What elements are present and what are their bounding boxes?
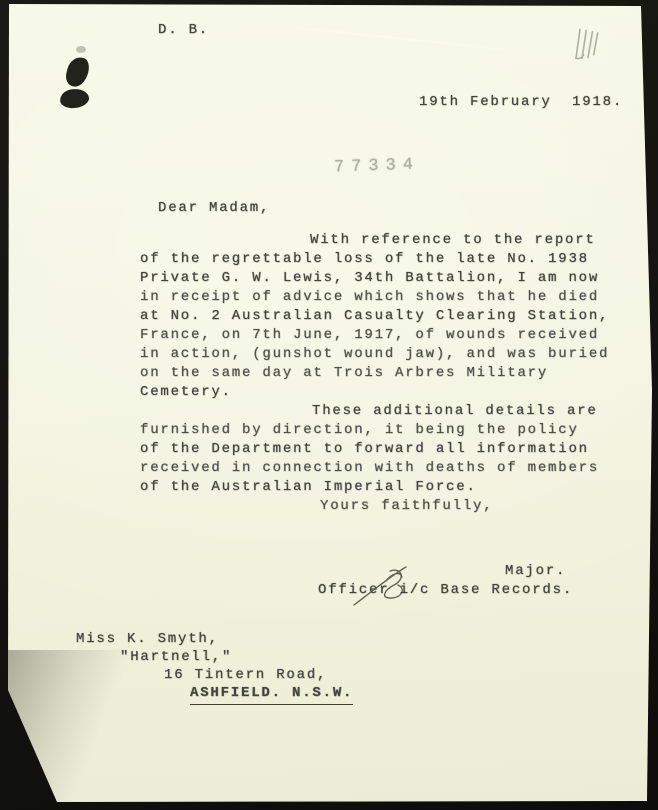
pencil-scribble-icon	[570, 24, 612, 62]
body-line: on the same day at Trois Arbres Military	[140, 364, 609, 383]
body-line: furnished by direction, it being the pol…	[140, 421, 599, 440]
body-line: received in connection with deaths of me…	[140, 459, 599, 478]
ink-blot-icon	[59, 87, 90, 109]
closing: Yours faithfully,	[320, 497, 493, 516]
body-line: Private G. W. Lewis, 34th Battalion, I a…	[140, 269, 609, 288]
paper-crease	[241, 21, 569, 57]
body-line: in receipt of advice which shows that he…	[140, 288, 609, 307]
registration-stamp-number: 77334	[334, 156, 421, 178]
body-line: of the regrettable loss of the late No. …	[140, 250, 609, 269]
signature-rank: Major.	[505, 562, 566, 581]
salutation: Dear Madam,	[158, 199, 270, 218]
ink-blot-icon	[76, 46, 86, 53]
letter-paper: D. B. 19th February 1918. 77334 Dear Mad…	[0, 0, 658, 810]
body-line: of the Department to forward all informa…	[140, 440, 599, 459]
body-line: France, on 7th June, 1917, of wounds rec…	[140, 326, 609, 345]
scanned-letter-page: D. B. 19th February 1918. 77334 Dear Mad…	[0, 0, 658, 810]
reference-initials: D. B.	[158, 21, 209, 40]
paragraph-1: With reference to the report of the regr…	[140, 231, 609, 402]
body-line: at No. 2 Australian Casualty Clearing St…	[140, 307, 609, 326]
ink-blot-icon	[64, 55, 92, 89]
paragraph-2: These additional details are furnished b…	[140, 402, 599, 497]
recipient-house: "Hartnell,"	[120, 648, 232, 667]
signature-scribble-icon	[340, 565, 420, 609]
body-line: Cemetery.	[140, 383, 609, 402]
body-line: of the Australian Imperial Force.	[140, 478, 599, 497]
torn-corner-shadow	[0, 650, 150, 810]
body-line: These additional details are	[312, 402, 599, 421]
body-line: With reference to the report	[310, 231, 609, 250]
recipient-name: Miss K. Smyth,	[76, 630, 219, 649]
body-line: in action, (gunshot wound jaw), and was …	[140, 345, 609, 364]
letter-date: 19th February 1918.	[419, 93, 623, 112]
recipient-street: 16 Tintern Road,	[164, 666, 327, 685]
recipient-locality: ASHFIELD. N.S.W.	[190, 684, 353, 705]
